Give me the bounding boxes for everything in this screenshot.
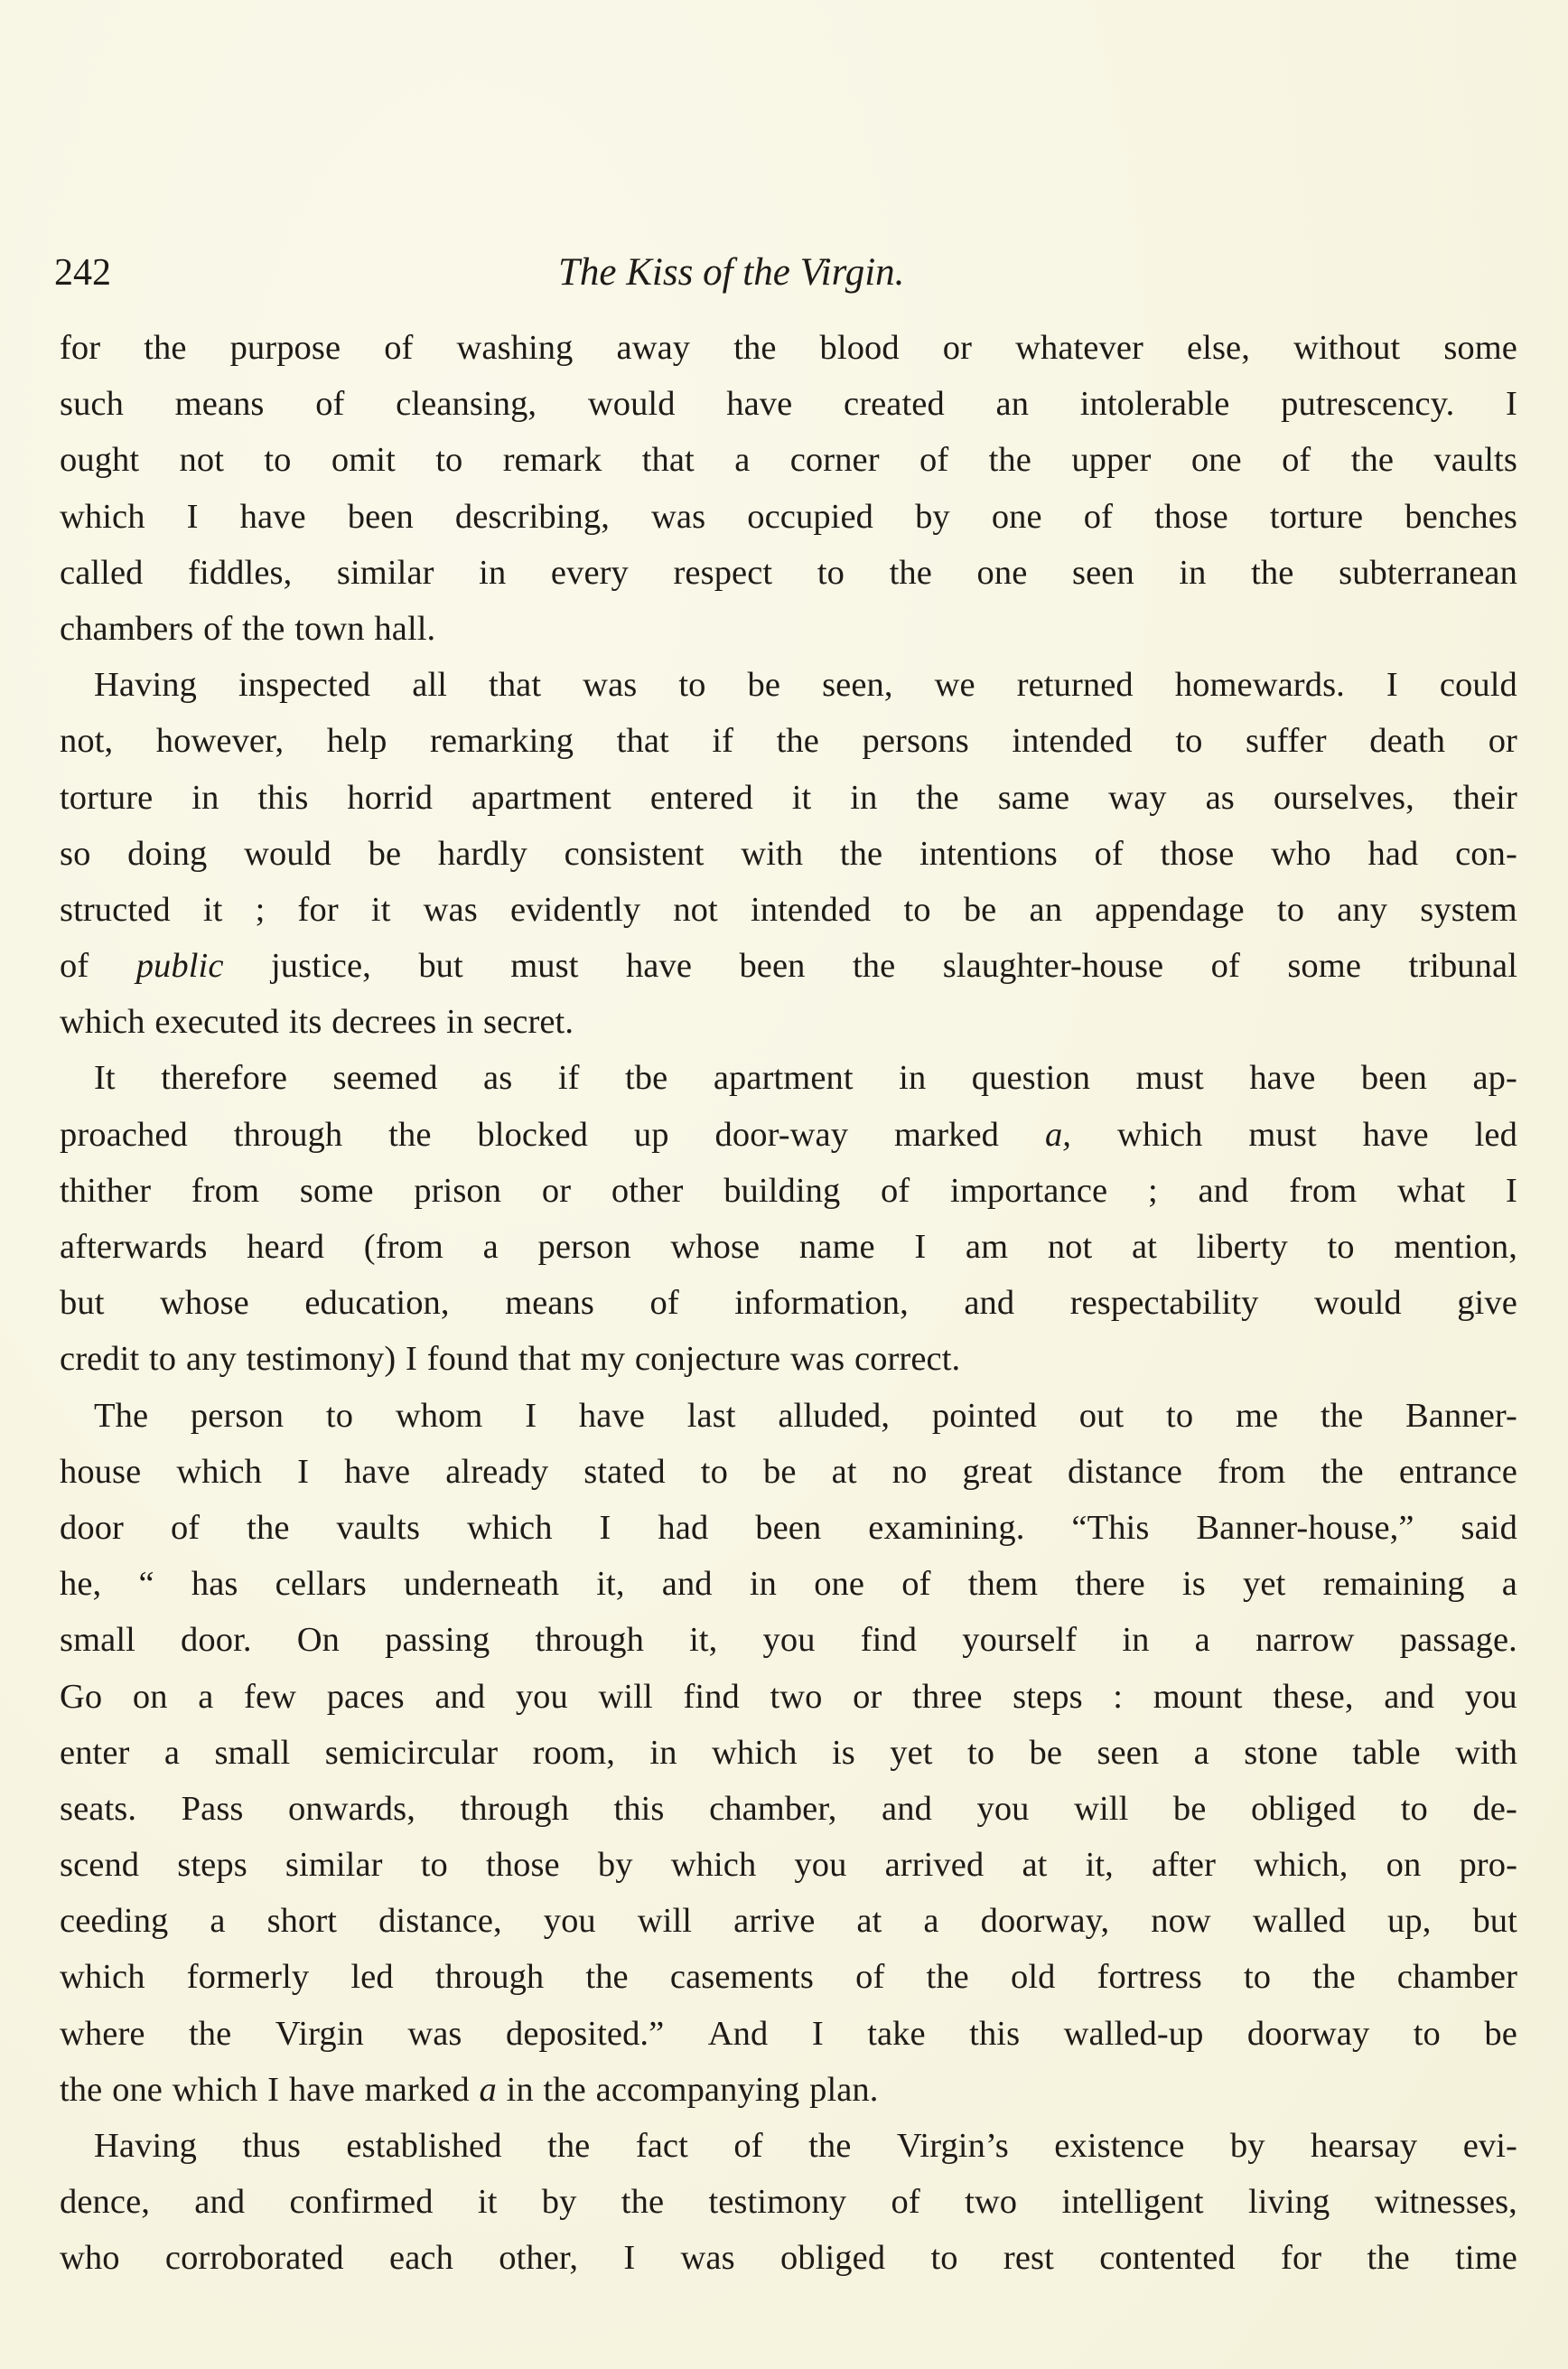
running-title: The Kiss of the Virgin. <box>558 237 904 309</box>
text-line: not,however,helpremarkingthatiftheperson… <box>60 713 1517 769</box>
text-line: housewhichIhavealreadystatedtobeatnogrea… <box>60 1444 1517 1500</box>
text-line: whichIhavebeendescribing,wasoccupiedbyon… <box>60 489 1517 545</box>
text-line: whocorroboratedeachother,Iwasobligedtore… <box>60 2230 1517 2286</box>
text-line: smalldoor.Onpassingthroughit,youfindyour… <box>60 1612 1517 1668</box>
text-line: suchmeansofcleansing,wouldhavecreatedani… <box>60 376 1517 432</box>
text-line: thitherfromsomeprisonorotherbuildingofim… <box>60 1163 1517 1219</box>
text-line: sodoingwouldbehardlyconsistentwiththeint… <box>60 826 1517 882</box>
paragraph: ThepersontowhomIhavelastalluded,pointedo… <box>60 1388 1517 2118</box>
text-line: tortureinthishorridapartmententereditint… <box>60 770 1517 826</box>
text-line: whichformerlyledthroughthecasementsofthe… <box>60 1949 1517 2005</box>
text-line: chambersofthetownhall. <box>60 601 1517 657</box>
text-line: ThepersontowhomIhavelastalluded,pointedo… <box>60 1388 1517 1444</box>
text-line: ceedingashortdistance,youwillarriveatado… <box>60 1893 1517 1949</box>
text-line: proachedthroughtheblockedupdoor-waymarke… <box>60 1107 1517 1163</box>
text-line: forthepurposeofwashingawaythebloodorwhat… <box>60 320 1517 376</box>
text-line: seats.Passonwards,throughthischamber,and… <box>60 1781 1517 1837</box>
body-text: forthepurposeofwashingawaythebloodorwhat… <box>60 320 1517 2287</box>
paragraph: Havinginspectedallthatwastobeseen,weretu… <box>60 657 1517 1050</box>
page-number: 242 <box>54 237 111 309</box>
text-line: Goonafewpacesandyouwillfindtwoorthreeste… <box>60 1669 1517 1725</box>
text-line: Itthereforeseemedasiftbeapartmentinquest… <box>60 1050 1517 1106</box>
text-line: wheretheVirginwasdeposited.”AndItakethis… <box>60 2006 1517 2062</box>
text-line: dence,andconfirmeditbythetestimonyoftwoi… <box>60 2174 1517 2230</box>
paragraph: forthepurposeofwashingawaythebloodorwhat… <box>60 320 1517 657</box>
text-line: theonewhichIhavemarkedaintheaccompanying… <box>60 2062 1517 2118</box>
text-line: afterwardsheard(fromapersonwhosenameIamn… <box>60 1219 1517 1275</box>
text-line: doorofthevaultswhichIhadbeenexamining.“T… <box>60 1500 1517 1556</box>
text-line: oughtnottoomittoremarkthatacorneroftheup… <box>60 432 1517 488</box>
running-head: 242 The Kiss of the Virgin. <box>60 237 1517 309</box>
book-page: 242 The Kiss of the Virgin. forthepurpos… <box>60 237 1517 2287</box>
text-line: HavingthusestablishedthefactoftheVirgin’… <box>60 2118 1517 2174</box>
text-line: calledfiddles,similarineveryrespecttothe… <box>60 545 1517 601</box>
text-line: credittoanytestimony)Ifoundthatmyconject… <box>60 1331 1517 1387</box>
text-line: butwhoseeducation,meansofinformation,and… <box>60 1275 1517 1331</box>
text-line: ofpublicjustice,butmusthavebeentheslaugh… <box>60 938 1517 994</box>
paragraph: Itthereforeseemedasiftbeapartmentinquest… <box>60 1050 1517 1387</box>
text-line: whichexecuteditsdecreesinsecret. <box>60 994 1517 1050</box>
paragraph: HavingthusestablishedthefactoftheVirgin’… <box>60 2118 1517 2287</box>
text-line: he,“hascellarsunderneathit,andinoneofthe… <box>60 1556 1517 1612</box>
text-line: scendstepssimilartothosebywhichyouarrive… <box>60 1837 1517 1893</box>
text-line: Havinginspectedallthatwastobeseen,weretu… <box>60 657 1517 713</box>
text-line: structedit;foritwasevidentlynotintendedt… <box>60 882 1517 938</box>
text-line: enterasmallsemicircularroom,inwhichisyet… <box>60 1725 1517 1781</box>
